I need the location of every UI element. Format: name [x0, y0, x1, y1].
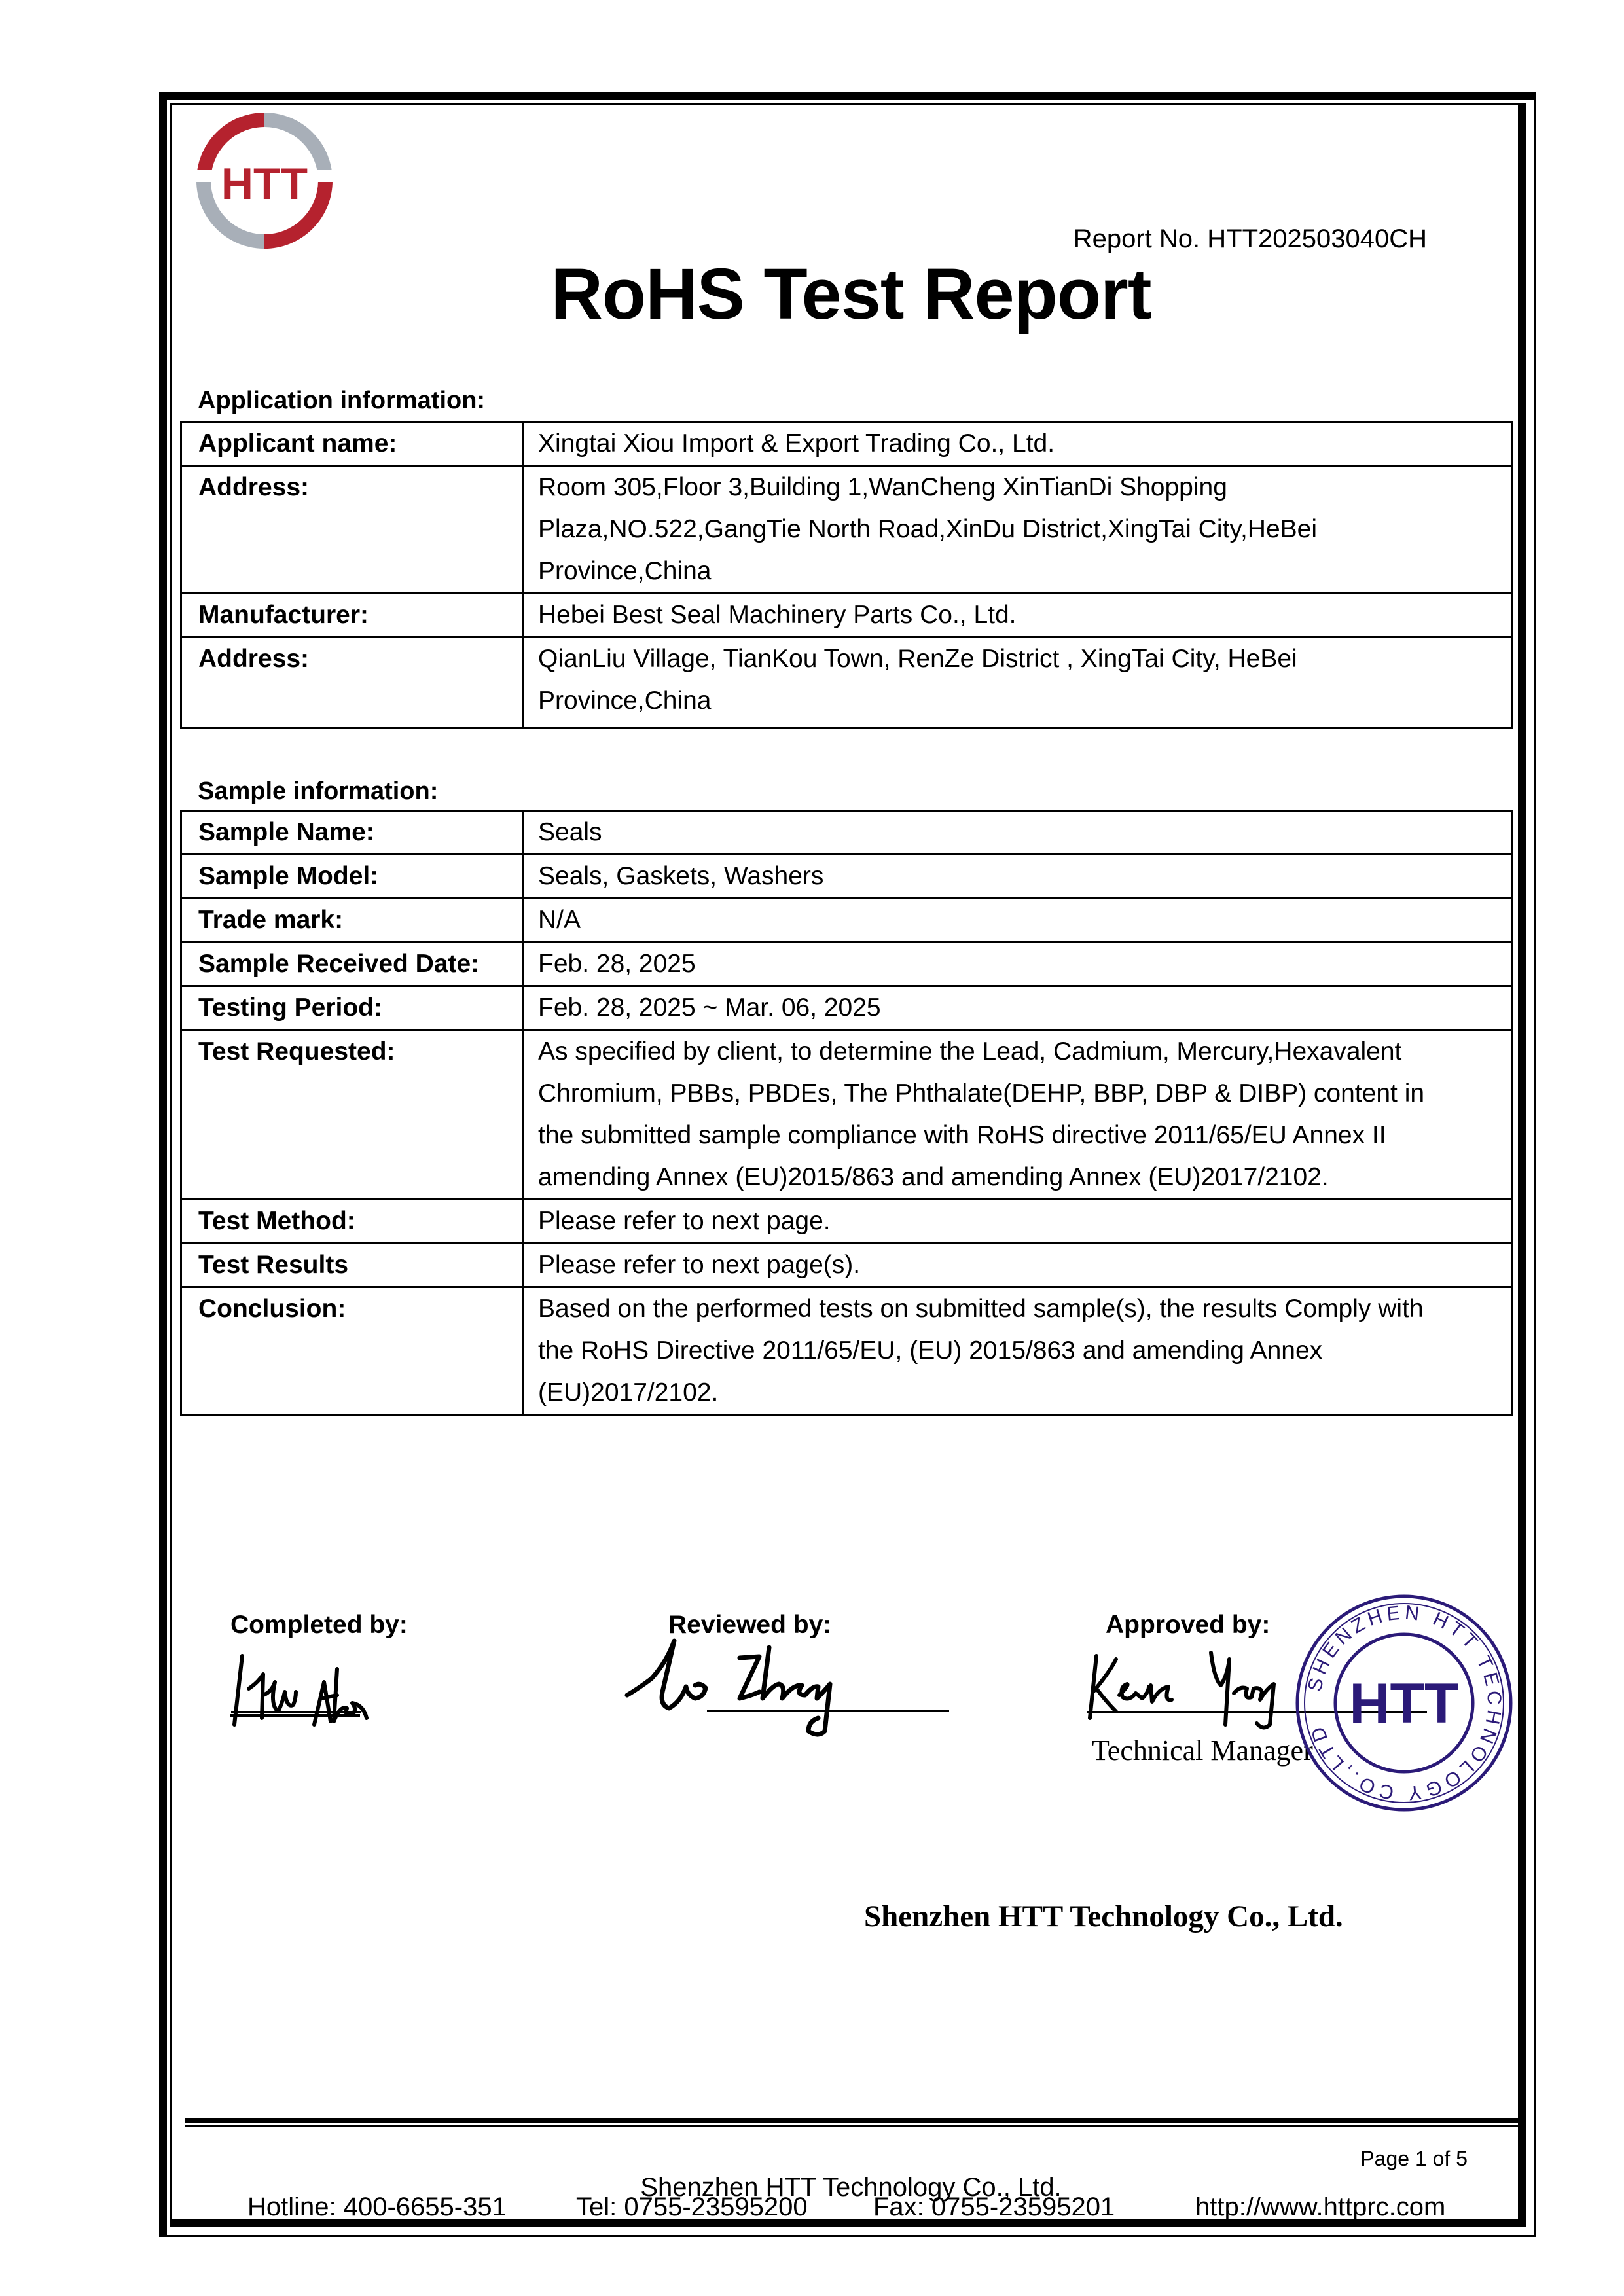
manufacturer-value: Hebei Best Seal Machinery Parts Co., Ltd… [523, 594, 1513, 637]
svg-text:HTT: HTT [1349, 1672, 1458, 1735]
completed-signature-icon [223, 1643, 537, 1734]
sample-table: Sample Name: Seals Sample Model: Seals, … [180, 810, 1513, 1416]
completed-by-label: Completed by: [230, 1610, 408, 1640]
footer-hotline: Hotline: 400-6655-351 [247, 2191, 507, 2223]
test-results-label: Test Results [181, 1244, 523, 1287]
manufacturer-address-value: QianLiu Village, TianKou Town, RenZe Dis… [523, 637, 1513, 728]
application-section-label: Application information: [198, 386, 485, 415]
footer-website-link[interactable]: http://www.httprc.com [1195, 2191, 1445, 2223]
testing-period-value: Feb. 28, 2025 ~ Mar. 06, 2025 [523, 986, 1513, 1030]
footer-rule-thick [185, 2118, 1524, 2123]
table-row: Trade mark: N/A [181, 899, 1513, 942]
manufacturer-label: Manufacturer: [181, 594, 523, 637]
table-row: Sample Name: Seals [181, 811, 1513, 855]
conclusion-value: Based on the performed tests on submitte… [523, 1287, 1513, 1415]
sample-section-label: Sample information: [198, 777, 438, 806]
table-row: Test Requested: As specified by client, … [181, 1030, 1513, 1200]
manufacturer-address-label: Address: [181, 637, 523, 728]
trade-mark-value: N/A [523, 899, 1513, 942]
table-row: Applicant name: Xingtai Xiou Import & Ex… [181, 422, 1513, 466]
page-number: Page 1 of 5 [1244, 2145, 1468, 2172]
svg-text:HTT: HTT [221, 159, 308, 209]
testing-period-label: Testing Period: [181, 986, 523, 1030]
conclusion-label: Conclusion: [181, 1287, 523, 1415]
test-requested-label: Test Requested: [181, 1030, 523, 1200]
table-row: Sample Received Date: Feb. 28, 2025 [181, 942, 1513, 986]
reviewed-signature-line [707, 1710, 949, 1712]
approver-title: Technical Manager [1092, 1734, 1313, 1767]
company-name-signoff: Shenzhen HTT Technology Co., Ltd. [864, 1898, 1343, 1935]
completed-signature-line [231, 1711, 361, 1713]
received-date-value: Feb. 28, 2025 [523, 942, 1513, 986]
application-table: Applicant name: Xingtai Xiou Import & Ex… [180, 421, 1513, 729]
table-row: Manufacturer: Hebei Best Seal Machinery … [181, 594, 1513, 637]
applicant-name-value: Xingtai Xiou Import & Export Trading Co.… [523, 422, 1513, 466]
reviewed-signature-icon [622, 1633, 962, 1744]
table-row: Address: Room 305,Floor 3,Building 1,Wan… [181, 466, 1513, 594]
table-row: Conclusion: Based on the performed tests… [181, 1287, 1513, 1415]
company-stamp-icon: SHENZHEN HTT TECHNOLOGY CO.,LTD HTT [1293, 1592, 1515, 1814]
approved-by-label: Approved by: [1106, 1610, 1270, 1640]
sample-name-value: Seals [523, 811, 1513, 855]
table-row: Address: QianLiu Village, TianKou Town, … [181, 637, 1513, 728]
applicant-address-value: Room 305,Floor 3,Building 1,WanCheng Xin… [523, 466, 1513, 594]
footer-fax: Fax: 0755-23595201 [873, 2191, 1115, 2223]
test-method-label: Test Method: [181, 1200, 523, 1244]
htt-logo-icon: HTT [196, 113, 333, 249]
applicant-address-label: Address: [181, 466, 523, 594]
test-requested-value: As specified by client, to determine the… [523, 1030, 1513, 1200]
test-results-value: Please refer to next page(s). [523, 1244, 1513, 1287]
sample-name-label: Sample Name: [181, 811, 523, 855]
test-method-value: Please refer to next page. [523, 1200, 1513, 1244]
table-row: Test Results Please refer to next page(s… [181, 1244, 1513, 1287]
sample-model-label: Sample Model: [181, 855, 523, 899]
report-number: Report No. HTT202503040CH [982, 223, 1427, 255]
received-date-label: Sample Received Date: [181, 942, 523, 986]
table-row: Testing Period: Feb. 28, 2025 ~ Mar. 06,… [181, 986, 1513, 1030]
applicant-name-label: Applicant name: [181, 422, 523, 466]
footer-rule-thin [185, 2125, 1524, 2127]
page-title: RoHS Test Report [393, 252, 1309, 337]
table-row: Sample Model: Seals, Gaskets, Washers [181, 855, 1513, 899]
footer-tel: Tel: 0755-23595200 [576, 2191, 808, 2223]
table-row: Test Method: Please refer to next page. [181, 1200, 1513, 1244]
sample-model-value: Seals, Gaskets, Washers [523, 855, 1513, 899]
trade-mark-label: Trade mark: [181, 899, 523, 942]
